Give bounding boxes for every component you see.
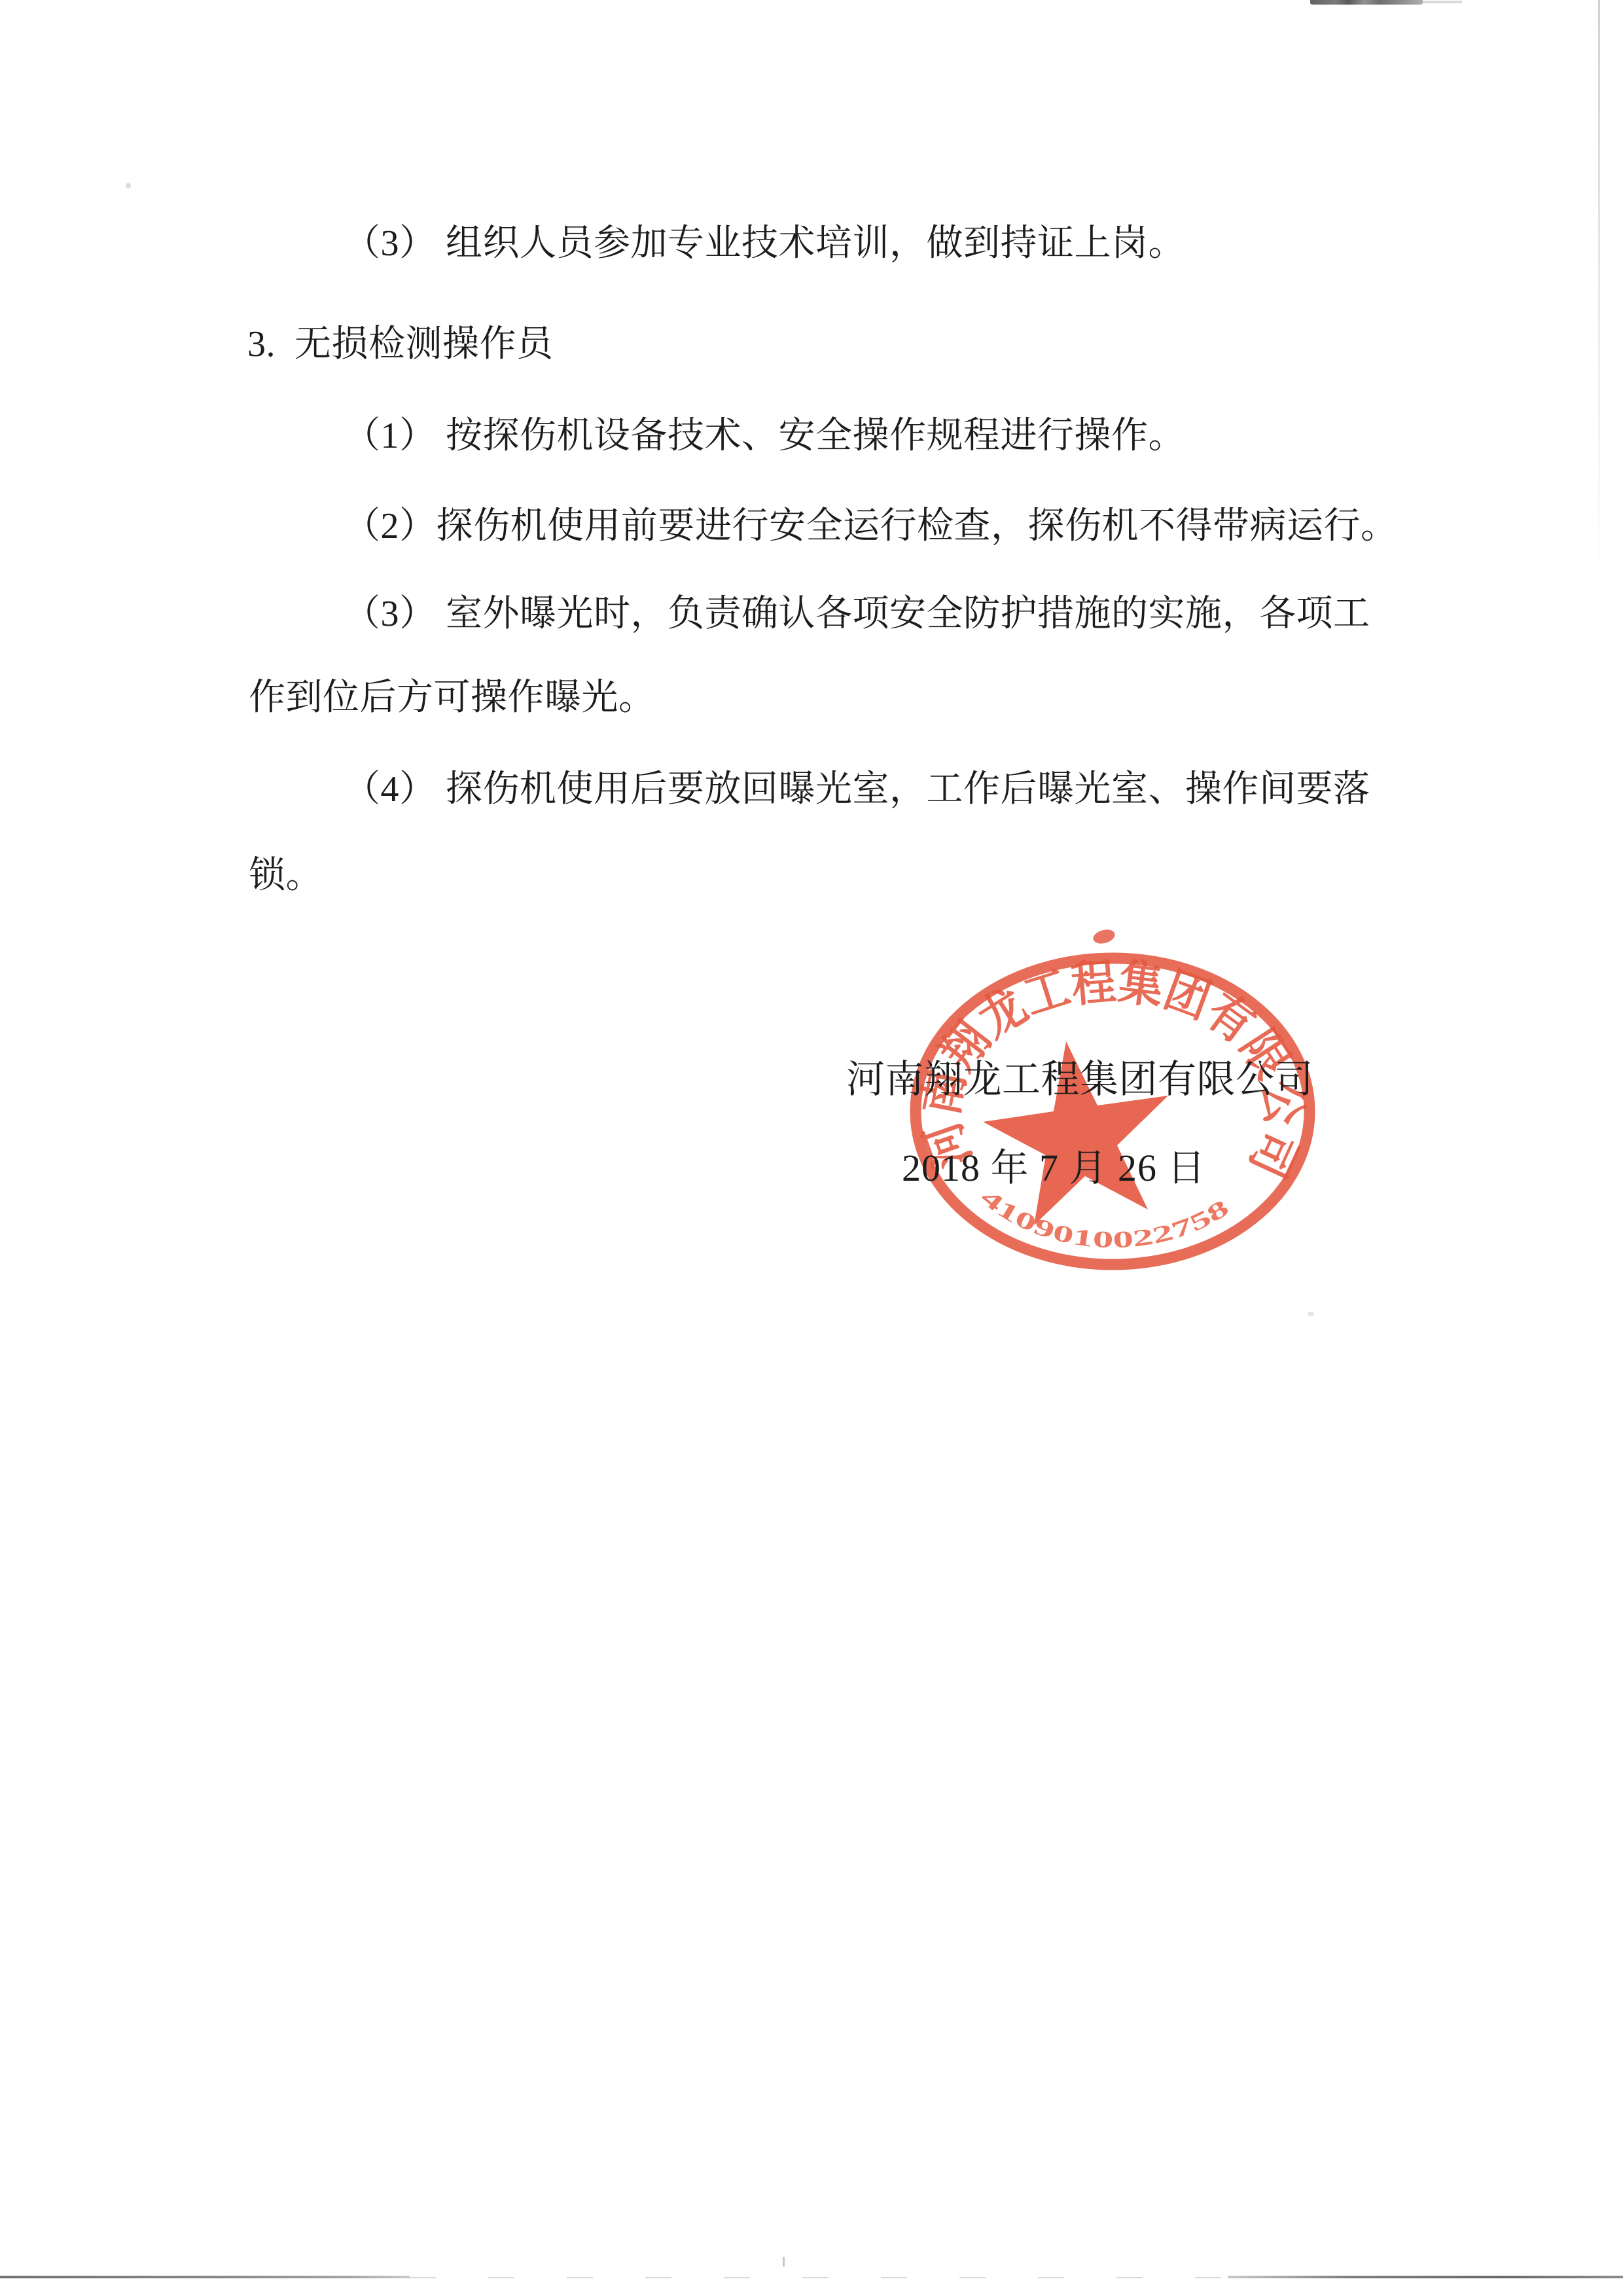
signature-company-name: 河南翔龙工程集团有限公司 <box>846 1058 1313 1102</box>
scan-speck <box>1308 1312 1314 1316</box>
scan-line-right-edge <box>1598 0 1600 589</box>
scan-speck <box>126 183 131 188</box>
paragraph-item-4-line-2: 锁。 <box>249 855 323 897</box>
paragraph-item-4-line-1: （4） 探伤机使用后要放回曝光室，工作后曝光室、操作间要落 <box>344 768 1370 810</box>
paragraph-item-3-line-2: 作到位后方可操作曝光。 <box>249 677 656 719</box>
scan-line-bottom-middle <box>410 2277 1228 2278</box>
scan-smudge-top-tail <box>1423 1 1462 3</box>
scanned-document-page: 河南翔龙工程集团有限公司 4109010022758 （3） 组织人员参加专业技… <box>0 0 1623 2296</box>
section-heading-3: 3. 无损检测操作员 <box>247 323 554 365</box>
scan-smudge-top-edge <box>1310 0 1423 5</box>
signature-date: 2018 年 7 月 26 日 <box>902 1147 1206 1191</box>
paragraph-item-2: （2）探伤机使用前要进行安全运行检查，探伤机不得带病运行。 <box>344 505 1398 547</box>
scan-line-bottom-left <box>0 2276 410 2278</box>
paragraph-item-1: （1） 按探伤机设备技术、安全操作规程进行操作。 <box>344 415 1185 457</box>
paragraph-item-3: （3） 组织人员参加专业技术培训，做到持证上岗。 <box>344 223 1185 264</box>
paragraph-item-3-line-1: （3） 室外曝光时，负责确认各项安全防护措施的实施，各项工 <box>344 593 1370 635</box>
document-text: （3） 组织人员参加专业技术培训，做到持证上岗。 3. 无损检测操作员 （1） … <box>0 0 1623 2296</box>
scan-line-bottom-right <box>1228 2276 1623 2278</box>
scan-tick-bottom <box>783 2257 785 2267</box>
